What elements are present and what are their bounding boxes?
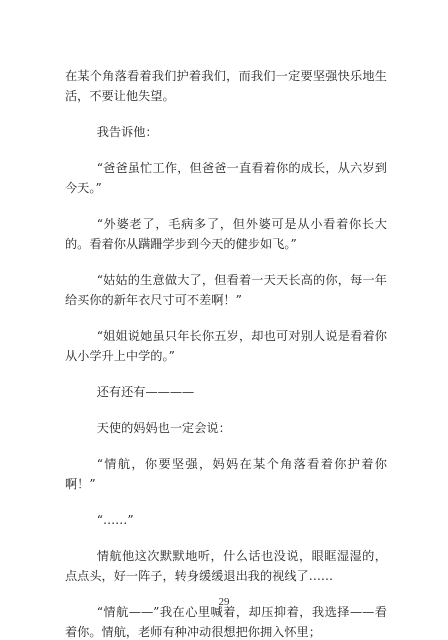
body-text: 在某个角落看着我们护着我们，而我们一定要坚强快乐地生活，不要让他失望。 我告诉他… <box>65 66 387 640</box>
page-number: 29 <box>0 596 448 608</box>
paragraph: “姐姐说她虽只年长你五岁，却也可对别人说是看着你从小学升上中学的。” <box>65 326 387 366</box>
paragraph: “爸爸虽忙工作，但爸爸一直看着你的成长，从六岁到今天。” <box>65 158 387 198</box>
paragraph: “姑姑的生意做大了，但看着一天天长高的你，每一年给买你的新年衣尺寸可不差啊！” <box>65 270 387 310</box>
paragraph: 在某个角落看着我们护着我们，而我们一定要坚强快乐地生活，不要让他失望。 <box>65 66 387 106</box>
paragraph: “外婆老了，毛病多了，但外婆可是从小看着你长大的。看着你从蹒跚学步到今天的健步如… <box>65 214 387 254</box>
paragraph: 天使的妈妈也一定会说： <box>65 418 387 438</box>
paragraph: “情航，你要坚强，妈妈在某个角落看着你护着你啊！” <box>65 454 387 494</box>
paragraph: 情航他这次默默地听，什么话也没说，眼眶湿湿的，点点头，好一阵子，转身缓缓退出我的… <box>65 546 387 586</box>
paragraph: 还有还有———— <box>65 382 387 402</box>
paragraph: 我告诉他： <box>65 122 387 142</box>
document-page: 在某个角落看着我们护着我们，而我们一定要坚强快乐地生活，不要让他失望。 我告诉他… <box>0 0 448 640</box>
paragraph: “……” <box>65 510 387 530</box>
